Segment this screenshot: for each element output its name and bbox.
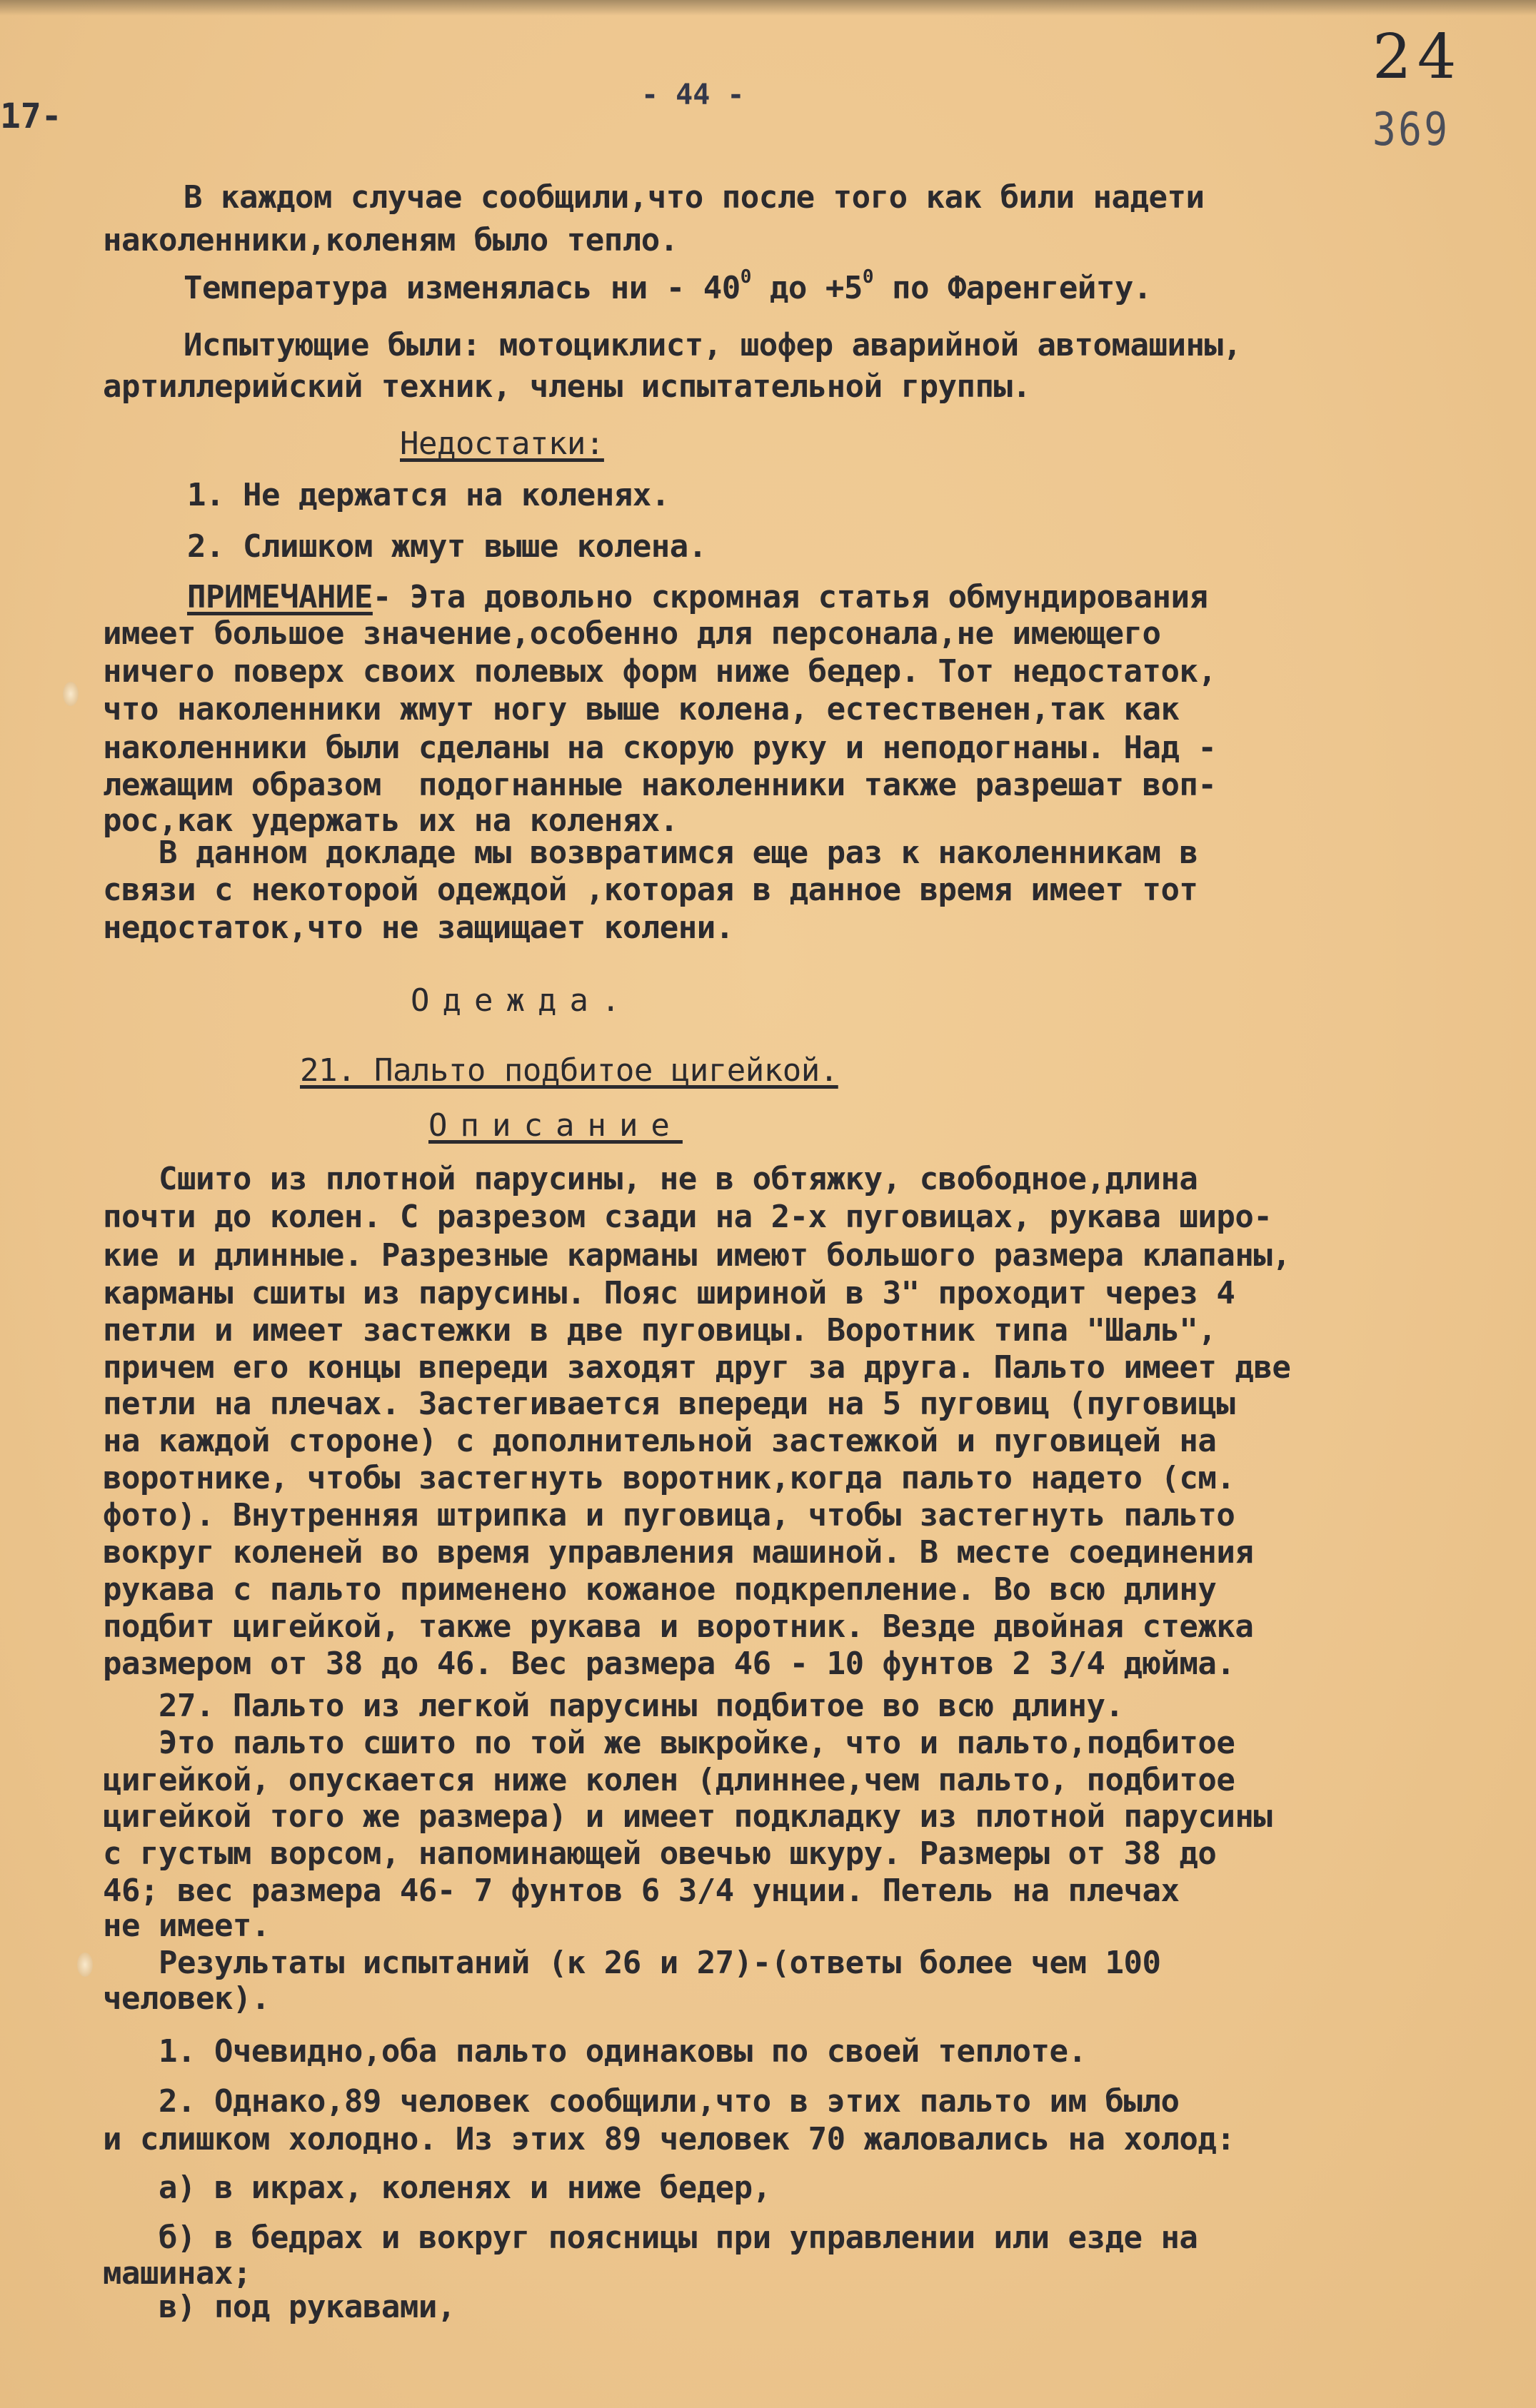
shortcoming-item: 2. Слишком жмут выше колена. — [187, 531, 707, 563]
description-line: воротнике, чтобы застегнуть воротник,ког… — [103, 1463, 1235, 1494]
shortcoming-item: 1. Не держатся на коленях. — [187, 480, 670, 511]
description-line: фото). Внутренняя штрипка и пуговица, чт… — [103, 1500, 1235, 1531]
left-margin-number: 17- — [0, 96, 62, 136]
note-line: недостаток,что не защищает колени. — [103, 912, 734, 944]
description-line: на каждой стороне) с дополнительной заст… — [103, 1426, 1216, 1457]
description-line: человек). — [103, 1983, 270, 2015]
archive-number-bottom: 369 — [1372, 104, 1450, 156]
page-number: - 44 - — [641, 79, 745, 111]
note-line: что наколенники жмут ногу выше колена, е… — [103, 694, 1179, 725]
archive-number-top: 24 — [1372, 21, 1462, 93]
description-line: петли на плечах. Застегивается впереди н… — [103, 1389, 1235, 1420]
item-21-title: 21. Пальто подбитое цигейкой. — [300, 1055, 838, 1087]
description-line: карманы сшиты из парусины. Пояс шириной … — [103, 1278, 1235, 1309]
description-line: цигейкой, опускается ниже колен (длиннее… — [103, 1765, 1235, 1796]
result-line: машинах; — [103, 2258, 251, 2289]
description-line: петли и имеет застежки в две пуговицы. В… — [103, 1315, 1216, 1346]
description-line: рукава с пальто применено кожаное подкре… — [103, 1574, 1216, 1606]
description-line: 46; вес размера 46- 7 фунтов 6 3/4 унции… — [103, 1875, 1179, 1907]
result-line: 2. Однако,89 человек сообщили,что в этих… — [103, 2086, 1179, 2117]
paragraph-line: артиллерийский техник, члены испытательн… — [103, 371, 1031, 403]
description-line: не имеет. — [103, 1910, 270, 1942]
description-line: с густым ворсом, напоминающей овечью шку… — [103, 1838, 1216, 1870]
note-line: имеет большое значение,особенно для перс… — [103, 618, 1160, 650]
description-line: размером от 38 до 46. Вес размера 46 - 1… — [103, 1648, 1235, 1680]
note-line: ничего поверх своих полевых форм ниже бе… — [103, 656, 1216, 687]
shortcomings-heading: Недостатки: — [400, 428, 604, 460]
result-line: и слишком холодно. Из этих 89 человек 70… — [103, 2124, 1235, 2155]
note-label: ПРИМЕЧАНИЕ — [187, 579, 373, 615]
description-line: подбит цигейкой, также рукава и воротник… — [103, 1611, 1253, 1643]
section-title: Одежда. — [411, 985, 633, 1017]
result-line: 1. Очевидно,оба пальто одинаковы по свое… — [103, 2036, 1086, 2067]
temperature-line: Температура изменялась ни - 400 до +50 п… — [184, 273, 1152, 304]
description-line: цигейкой того же размера) и имеет подкла… — [103, 1801, 1272, 1833]
note-line: лежащим образом подогнанные наколенники … — [103, 770, 1216, 801]
note-line: рос,как удержать их на коленях. — [103, 805, 678, 837]
result-line: а) в икрах, коленях и ниже бедер, — [103, 2172, 771, 2204]
description-line: вокруг коленей во время управления машин… — [103, 1537, 1253, 1568]
description-heading: Описание — [428, 1110, 683, 1142]
description-line: Это пальто сшито по той же выкройке, что… — [103, 1728, 1235, 1759]
description-line: кие и длинные. Разрезные карманы имеют б… — [103, 1240, 1290, 1271]
paragraph-line: наколенники,коленям было тепло. — [103, 225, 678, 256]
note-line: связи с некоторой одеждой ,которая в дан… — [103, 875, 1198, 906]
description-line: почти до колен. С разрезом сзади на 2-х … — [103, 1202, 1272, 1233]
description-line: причем его концы впереди заходят друг за… — [103, 1352, 1290, 1384]
result-line: б) в бедрах и вокруг поясницы при управл… — [103, 2222, 1198, 2254]
paragraph-line: В каждом случае сообщили,что после того … — [184, 182, 1204, 213]
note-first-line: ПРИМЕЧАНИЕ- Эта довольно скромная статья… — [187, 582, 1208, 613]
punch-hole — [63, 682, 79, 706]
description-line: Результаты испытаний (к 26 и 27)-(ответы… — [103, 1948, 1160, 1979]
scan-edge-shadow — [0, 0, 1536, 16]
punch-hole — [77, 1953, 93, 1977]
paragraph-line: Испытующие были: мотоциклист, шофер авар… — [184, 330, 1241, 361]
description-line: 27. Пальто из легкой парусины подбитое в… — [103, 1691, 1123, 1722]
result-line: в) под рукавами, — [103, 2292, 456, 2323]
document-page: 17- - 44 - 24 369 В каждом случае сообщи… — [0, 0, 1536, 2408]
note-line: В данном докладе мы возвратимся еще раз … — [103, 837, 1198, 869]
note-line: наколенники были сделаны на скорую руку … — [103, 732, 1216, 764]
description-line: Сшито из плотной парусины, не в обтяжку,… — [103, 1164, 1198, 1195]
